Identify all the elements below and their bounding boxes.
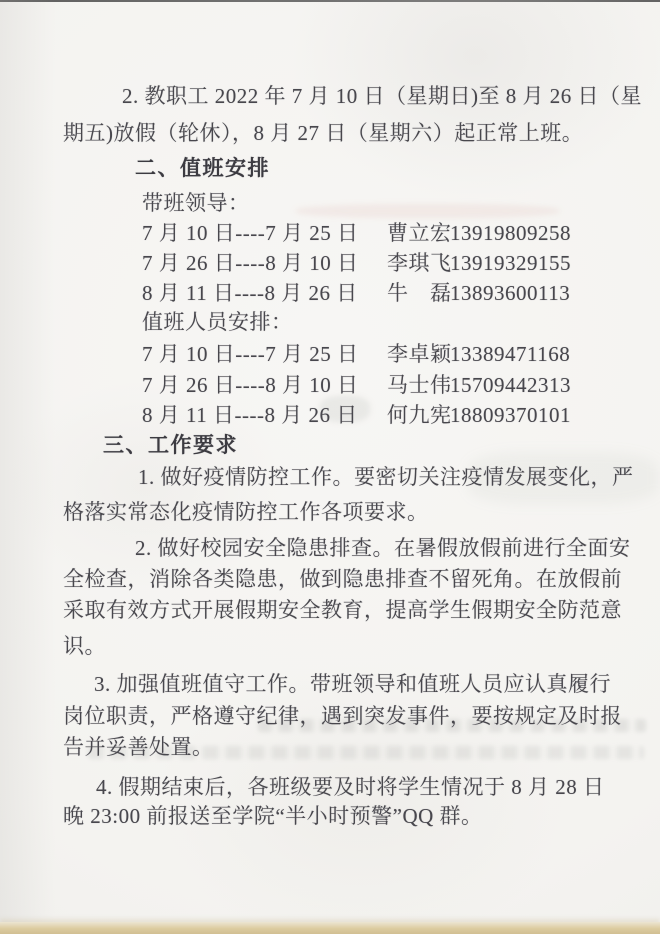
scan-top-edge: [0, 0, 660, 2]
req-1-line-1: 1. 做好疫情防控工作。要密切关注疫情发展变化，严: [138, 464, 634, 490]
duty-phone-number: 15709442313: [450, 372, 571, 398]
duty-leader-row: 8 月 11 日----8 月 26 日 牛 磊 13893600113: [142, 280, 622, 306]
duty-date-range: 7 月 10 日----7 月 25 日: [142, 220, 358, 246]
duty-person-name: 牛 磊: [387, 280, 452, 306]
duty-phone-number: 13919809258: [450, 220, 571, 246]
duty-phone-number: 18809370101: [450, 402, 571, 428]
section-2-heading: 二、值班安排: [135, 156, 270, 182]
req-4-line-1: 4. 假期结束后，各班级要及时将学生情况于 8 月 28 日: [96, 774, 605, 800]
duty-staff-label: 值班人员安排：: [142, 309, 293, 335]
duty-leaders-label: 带班领导：: [142, 190, 250, 216]
duty-date-range: 8 月 11 日----8 月 26 日: [142, 402, 358, 428]
section-3-heading: 三、工作要求: [103, 433, 238, 459]
para-staff-holiday-line-2: 期五)放假（轮休），8 月 27 日（星期六）起正常上班。: [63, 120, 583, 146]
req-2-line-2: 全检查，消除各类隐患，做到隐患排查不留死角。在放假前: [63, 566, 622, 592]
req-2-line-1: 2. 做好校园安全隐患排查。在暑假放假前进行全面安: [135, 535, 631, 561]
duty-phone-number: 13893600113: [450, 280, 570, 306]
duty-staff-row: 7 月 10 日----7 月 25 日 李卓颖 13389471168: [142, 341, 622, 367]
duty-person-name: 何九宪: [387, 402, 452, 428]
req-3-line-1: 3. 加强值班值守工作。带班领导和值班人员应认真履行: [94, 671, 611, 697]
duty-leader-row: 7 月 26 日----8 月 10 日 李琪飞 13919329155: [142, 250, 622, 276]
duty-person-name: 马士伟: [387, 372, 452, 398]
duty-date-range: 7 月 26 日----8 月 10 日: [142, 372, 358, 398]
duty-person-name: 李琪飞: [387, 250, 452, 276]
duty-phone-number: 13919329155: [450, 250, 571, 276]
ink-smudge: [295, 204, 560, 218]
para-staff-holiday-line-1: 2. 教职工 2022 年 7 月 10 日（星期日)至 8 月 26 日（星: [122, 83, 642, 109]
duty-leader-row: 7 月 10 日----7 月 25 日 曹立宏 13919809258: [142, 220, 622, 246]
req-2-line-3: 采取有效方式开展假期安全教育，提高学生假期安全防范意: [63, 597, 622, 623]
duty-staff-row: 8 月 11 日----8 月 26 日 何九宪 18809370101: [142, 402, 622, 428]
duty-staff-row: 7 月 26 日----8 月 10 日 马士伟 15709442313: [142, 372, 622, 398]
duty-date-range: 7 月 26 日----8 月 10 日: [142, 250, 358, 276]
scan-left-shading: [0, 0, 55, 934]
req-3-line-3: 告并妥善处置。: [63, 734, 214, 760]
duty-person-name: 曹立宏: [387, 220, 452, 246]
duty-phone-number: 13389471168: [450, 341, 570, 367]
req-2-line-4: 识。: [63, 633, 106, 659]
req-1-line-2: 格落实常态化疫情防控工作各项要求。: [63, 499, 429, 525]
duty-date-range: 7 月 10 日----7 月 25 日: [142, 341, 358, 367]
duty-person-name: 李卓颖: [387, 341, 452, 367]
req-4-line-2: 晚 23:00 前报送至学院“半小时预警”QQ 群。: [63, 803, 483, 829]
scanned-document-page: 2. 教职工 2022 年 7 月 10 日（星期日)至 8 月 26 日（星 …: [0, 0, 660, 934]
scan-bottom-edge: [0, 922, 660, 934]
req-3-line-2: 岗位职责，严格遵守纪律，遇到突发事件，要按规定及时报: [63, 703, 622, 729]
duty-date-range: 8 月 11 日----8 月 26 日: [142, 280, 358, 306]
